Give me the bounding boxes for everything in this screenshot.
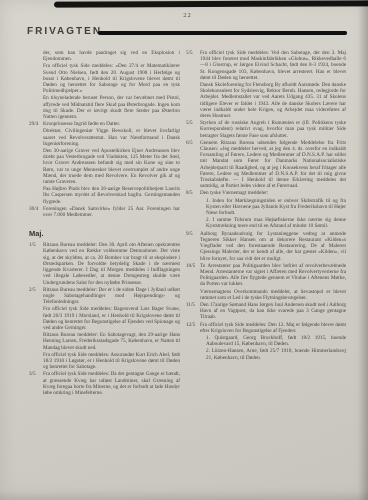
entry-text: 2. I samme Tidsrum maa Højsøfiskerne ikk… (206, 217, 346, 229)
right-column: 5/5Fra officiel tysk Side meddeles: Ved … (186, 50, 346, 362)
entry-date: 8/5 (186, 190, 193, 196)
entry-text: Ritzaus Bureau meddeler: Der er i de sid… (43, 287, 180, 305)
entry-text: 1. Inden for Mørklægningstiden er enhver… (206, 198, 346, 216)
entry: Fra officiel tysk Side meddeles: Assuran… (29, 352, 180, 371)
entry-text: Foreningen «Dansk Samvirke» fylder 25 Aa… (43, 206, 180, 218)
entry-date: 29/4 (29, 121, 38, 127)
entry: 8/5Den tyske Værnemagt meddeler: (186, 190, 346, 196)
entry: 3/5Fra officiel tysk Side meddeles: Da d… (29, 371, 180, 396)
entry-text: 2. Lützen-Hansen, Arne, født 25/7 1918, … (206, 348, 346, 360)
entry: Ritzaus Bureau meddeler: En Sabotagevagt… (29, 332, 180, 351)
entry-text: Kronprinsesse Ingrid fødte en Datter. (43, 121, 120, 127)
page-bottom-shadow (0, 490, 368, 500)
entry: Den 30-aarige Graver ved Apostelkirken E… (29, 148, 180, 185)
entry-date: 11/5 (186, 302, 195, 308)
book-edge-shadow (54, 0, 368, 7)
entry: 12/5Fra officiel tysk Side meddeles: Den… (186, 322, 346, 334)
entry-text: Værnemagtens Overkommando meddeler, at S… (200, 289, 346, 301)
entry-text: Fra officiel tysk Side meddeles: Den 12.… (200, 322, 346, 334)
entry-text: Styrken af de russiske Angreb i Rumænien… (200, 120, 346, 138)
entry: 6/5Gennem Ritzaus Bureau udsendes følgen… (186, 140, 346, 190)
entry: Dansk Skoleforening for Flensborg By afh… (186, 82, 346, 119)
scanned-page: 22 FRIVAGTEN der, som han havde paadrage… (0, 0, 368, 500)
entry: Direktør, Civilingeniør Vigge Bewskoll, … (29, 128, 180, 147)
entry-subitem: 2. Lützen-Hansen, Arne, født 25/7 1918, … (186, 348, 346, 360)
entry-text: der, som han havde paadraget sig ved en … (43, 50, 180, 62)
entry-date: 5/5 (186, 50, 193, 56)
entry: Fra officiel tysk Side meddeles: «Den 27… (29, 63, 180, 94)
page-number: 22 (29, 12, 346, 19)
month-header: Maj. (29, 229, 180, 238)
entry-text: To Arrestanter paa Politigaarden blev be… (200, 263, 346, 288)
entry-text: Dansk Skoleforening for Flensborg By afh… (200, 82, 346, 119)
entry: 5/5Styrken af de russiske Angreb i Rumæn… (186, 120, 346, 139)
entry-text: Den 17aarige Sømand Hans Jørgen Juul And… (200, 302, 346, 320)
entry-text: Direktør, Civilingeniør Vigge Bewskoll, … (43, 128, 180, 146)
entry-date: 1/5 (29, 242, 36, 248)
entry-date: 2/5 (29, 287, 36, 293)
entry-text: Ritzaus Bureau meddeler: Den 30. April o… (43, 242, 180, 285)
title-rule (98, 31, 347, 35)
entry: 1/5Ritzaus Bureau meddeler: Den 30. Apri… (29, 242, 180, 285)
entry-date: 30/4 (29, 206, 38, 212)
entry-subitem: 1. Inden for Mørklægningstiden er enhver… (186, 198, 346, 217)
entry: 9/5Aalborg Byraadsudvalg for Lystanlægge… (186, 231, 346, 262)
entry: En tilsyneladende beruset Person, der va… (29, 95, 180, 120)
entry-date: 9/5 (186, 231, 193, 237)
entry-subitem: 2. I samme Tidsrum maa Højsøfiskerne ikk… (186, 217, 346, 229)
page-edge-shadow (358, 0, 368, 500)
entry-text: Fra officiel tysk Side meddeles: «Den 27… (43, 63, 180, 94)
entry: 29/4Kronprinsesse Ingrid fødte en Datter… (29, 121, 180, 127)
entry-text: 1. Quistgaard, Georg Brockhoff, født 18/… (206, 335, 346, 347)
entry-text: Den 30-aarige Graver ved Apostelkirken E… (43, 148, 180, 185)
entry: 30/4Foreningen «Dansk Samvirke» fylder 2… (29, 206, 180, 218)
text-columns: der, som han havde paadraget sig ved en … (29, 50, 346, 397)
entry-text: Fra officiel tysk Side meddeles: Ved den… (200, 50, 346, 81)
entry-text: Gennem Ritzaus Bureau udsendes følgende … (200, 140, 346, 189)
entry-subitem: 1. Quistgaard, Georg Brockhoff, født 18/… (186, 335, 346, 347)
entry-text: Paa Højbro Plads blev den 26-aarige Rese… (43, 186, 180, 204)
entry: 11/5Den 17aarige Sømand Hans Jørgen Juul… (186, 302, 346, 321)
entry: Værnemagtens Overkommando meddeler, at S… (186, 289, 346, 301)
page-title: FRIVAGTEN (27, 26, 102, 37)
entry-text: Fra officiel tysk Side meddeles: Assuran… (43, 352, 180, 370)
entry: 5/5Fra officiel tysk Side meddeles: Ved … (186, 50, 346, 81)
entry: Fra officiel tysk Side meddeles: Bagersv… (29, 306, 180, 331)
entry-text: Aalborg Byraadsudvalg for Lystanlæggene … (200, 231, 346, 262)
entry-date: 3/5 (29, 371, 36, 377)
left-column: der, som han havde paadraget sig ved en … (29, 50, 180, 397)
entry-date: 10/5 (186, 263, 195, 269)
entry-text: Fra officiel tysk Side meddeles: Da det … (43, 371, 180, 396)
entry: Paa Højbro Plads blev den 26-aarige Rese… (29, 186, 180, 205)
entry-date: 5/5 (186, 120, 193, 126)
entry: 10/5To Arrestanter paa Politigaarden ble… (186, 263, 346, 288)
entry: der, som han havde paadraget sig ved en … (29, 50, 180, 62)
entry-text: Den tyske Værnemagt meddeler: (200, 190, 268, 196)
entry-text: En tilsyneladende beruset Person, der va… (43, 95, 180, 120)
entry-date: 12/5 (186, 322, 195, 328)
entry-text: Ritzaus Bureau meddeler: En Sabotagevagt… (43, 332, 180, 350)
entry: 2/5Ritzaus Bureau meddeler: Der er i de … (29, 287, 180, 306)
entry-date: 6/5 (186, 140, 193, 146)
entry-text: Fra officiel tysk Side meddeles: Bagersv… (43, 306, 180, 331)
